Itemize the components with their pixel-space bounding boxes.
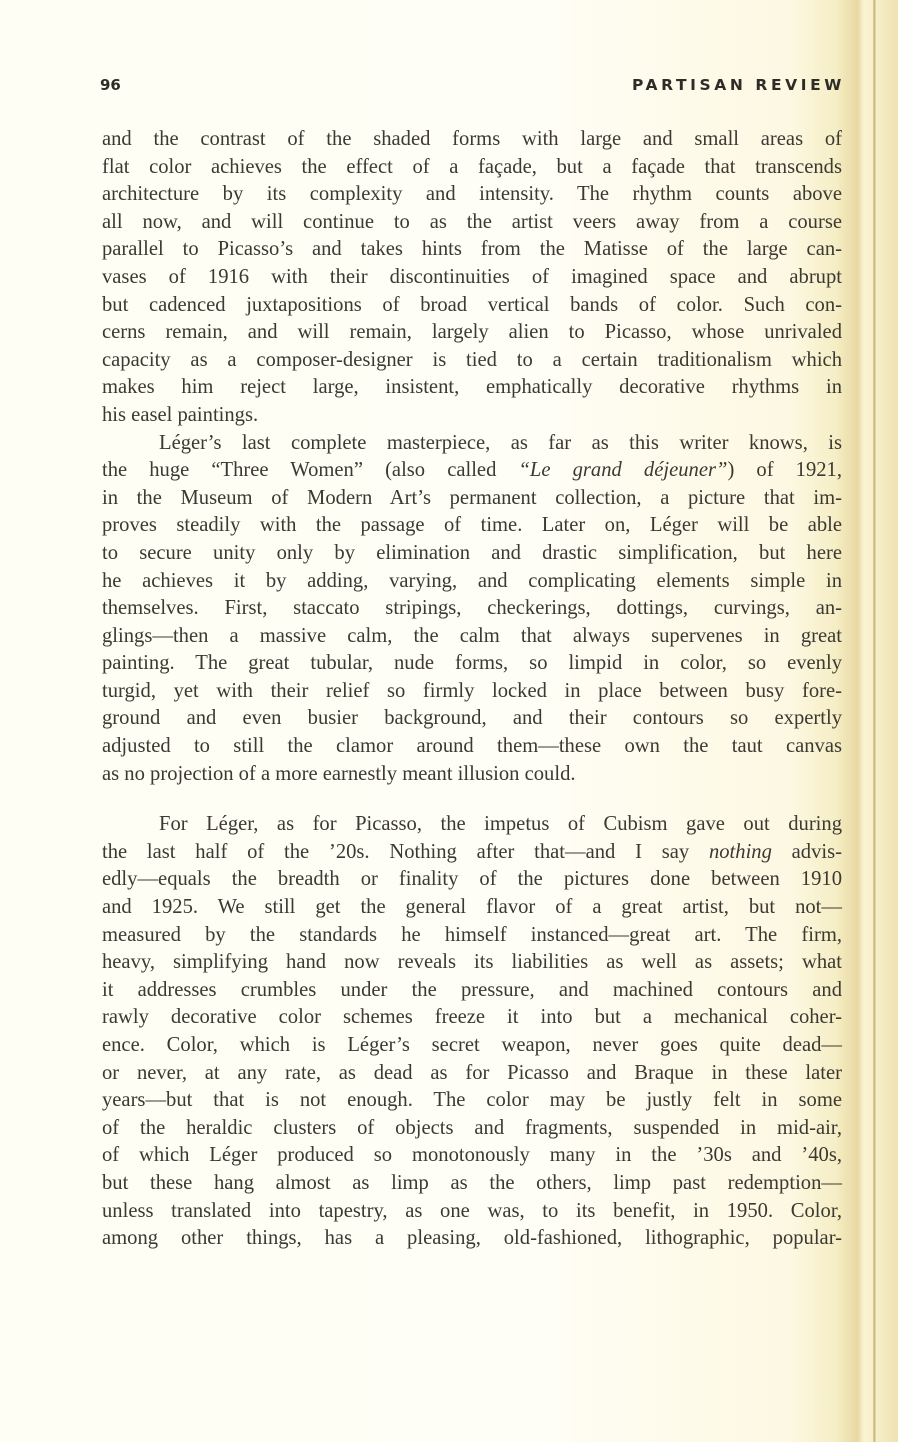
text-line: measured by the standards he himself ins… bbox=[102, 922, 842, 950]
text-line: For Léger, as for Picasso, the impetus o… bbox=[102, 811, 842, 839]
text-line: flat color achieves the effect of a faça… bbox=[102, 154, 842, 182]
text-run: the huge “Three Women” (also called bbox=[102, 459, 518, 481]
text-line: architecture by its complexity and inten… bbox=[102, 181, 842, 209]
text-line: all now, and will continue to as the art… bbox=[102, 209, 842, 237]
text-line-with-italic: the huge “Three Women” (also called “Le … bbox=[102, 457, 842, 485]
text-line: capacity as a composer-designer is tied … bbox=[102, 347, 842, 375]
text-line: of which Léger produced so monotonously … bbox=[102, 1142, 842, 1170]
text-run: advis- bbox=[772, 841, 842, 863]
text-line: heavy, simplifying hand now reveals its … bbox=[102, 949, 842, 977]
text-line: ground and even busier background, and t… bbox=[102, 705, 842, 733]
text-line: themselves. First, staccato stripings, c… bbox=[102, 595, 842, 623]
running-head: 96 PARTISAN REVIEW bbox=[100, 76, 845, 98]
text-line: Léger’s last complete masterpiece, as fa… bbox=[102, 430, 842, 458]
text-line: unless translated into tapestry, as one … bbox=[102, 1198, 842, 1226]
text-line: ence. Color, which is Léger’s secret wea… bbox=[102, 1032, 842, 1060]
text-line: as no projection of a more earnestly mea… bbox=[102, 761, 842, 789]
text-run: ) of 1921, bbox=[727, 459, 842, 481]
text-run: the last half of the ’20s. Nothing after… bbox=[102, 841, 709, 863]
text-line: to secure unity only by elimination and … bbox=[102, 540, 842, 568]
text-line: among other things, has a pleasing, old-… bbox=[102, 1225, 842, 1253]
text-line: but cadenced juxtapositions of broad ver… bbox=[102, 292, 842, 320]
paragraph-3: For Léger, as for Picasso, the impetus o… bbox=[102, 811, 842, 1253]
text-line: and the contrast of the shaded forms wit… bbox=[102, 126, 842, 154]
text-line: proves steadily with the passage of time… bbox=[102, 512, 842, 540]
text-line: turgid, yet with their relief so firmly … bbox=[102, 678, 842, 706]
text-line: parallel to Picasso’s and takes hints fr… bbox=[102, 236, 842, 264]
paragraph-2: Léger’s last complete masterpiece, as fa… bbox=[102, 430, 842, 789]
section-break bbox=[102, 788, 842, 811]
paragraph-1: and the contrast of the shaded forms wit… bbox=[102, 126, 842, 430]
scanned-page: 96 PARTISAN REVIEW and the contrast of t… bbox=[0, 0, 898, 1442]
text-line: glings—then a massive calm, the calm tha… bbox=[102, 623, 842, 651]
body-text: and the contrast of the shaded forms wit… bbox=[102, 126, 842, 1253]
text-line: makes him reject large, insistent, empha… bbox=[102, 374, 842, 402]
text-line: vases of 1916 with their discontinuities… bbox=[102, 264, 842, 292]
text-line-with-italic: the last half of the ’20s. Nothing after… bbox=[102, 839, 842, 867]
text-line: painting. The great tubular, nude forms,… bbox=[102, 650, 842, 678]
text-line: but these hang almost as limp as the oth… bbox=[102, 1170, 842, 1198]
text-line: edly—equals the breadth or finality of t… bbox=[102, 866, 842, 894]
page-number: 96 bbox=[100, 76, 121, 94]
text-line: of the heraldic clusters of objects and … bbox=[102, 1115, 842, 1143]
journal-title: PARTISAN REVIEW bbox=[632, 76, 845, 94]
text-line: cerns remain, and will remain, largely a… bbox=[102, 319, 842, 347]
text-line: rawly decorative color schemes freeze it… bbox=[102, 1004, 842, 1032]
text-line: adjusted to still the clamor around them… bbox=[102, 733, 842, 761]
text-line: he achieves it by adding, varying, and c… bbox=[102, 568, 842, 596]
text-line: it addresses crumbles under the pressure… bbox=[102, 977, 842, 1005]
italic-emphasis: nothing bbox=[709, 841, 772, 863]
italic-title: “Le grand déjeuner” bbox=[518, 459, 727, 481]
text-line: years—but that is not enough. The color … bbox=[102, 1087, 842, 1115]
text-line: in the Museum of Modern Art’s permanent … bbox=[102, 485, 842, 513]
text-line: and 1925. We still get the general flavo… bbox=[102, 894, 842, 922]
text-line: his easel paintings. bbox=[102, 402, 842, 430]
binding-gutter-shadow bbox=[873, 0, 876, 1442]
text-line: or never, at any rate, as dead as for Pi… bbox=[102, 1060, 842, 1088]
